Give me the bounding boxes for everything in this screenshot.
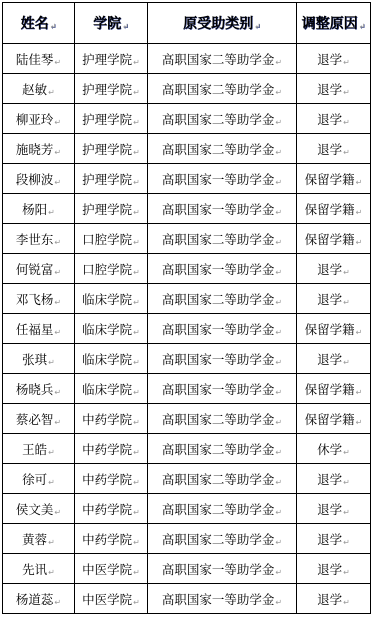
paragraph-mark-icon: ↵	[133, 148, 140, 157]
paragraph-mark-icon: ↵	[356, 388, 363, 397]
paragraph-mark-icon: ↵	[343, 268, 350, 277]
cell-college: 临床学院↵	[75, 314, 148, 344]
paragraph-mark-icon: ↵	[48, 208, 55, 217]
paragraph-mark-icon: ↵	[275, 298, 282, 307]
table-header-row: 姓名↵ 学院↵ 原受助类别↵ 调整原因↵	[3, 3, 371, 44]
cell-name: 张琪↵	[3, 344, 75, 374]
cell-reason: 保留学籍↵	[297, 374, 371, 404]
header-adjust-reason: 调整原因↵	[297, 3, 371, 44]
paragraph-mark-icon: ↵	[133, 448, 140, 457]
table-row: 段柳波↵护理学院↵高职国家一等助学金↵保留学籍↵	[3, 164, 371, 194]
paragraph-mark-icon: ↵	[48, 568, 55, 577]
paragraph-mark-icon: ↵	[133, 178, 140, 187]
cell-name: 蔡必智↵	[3, 404, 75, 434]
table-row: 施晓芳↵护理学院↵高职国家二等助学金↵退学↵	[3, 134, 371, 164]
paragraph-mark-icon: ↵	[275, 148, 282, 157]
table-row: 蔡必智↵中药学院↵高职国家二等助学金↵保留学籍↵	[3, 404, 371, 434]
cell-college: 中医学院↵	[75, 584, 148, 614]
cell-college: 护理学院↵	[75, 44, 148, 74]
table-row: 柳亚玲↵护理学院↵高职国家二等助学金↵退学↵	[3, 104, 371, 134]
paragraph-mark-icon: ↵	[275, 358, 282, 367]
paragraph-mark-icon: ↵	[275, 508, 282, 517]
cell-reason: 保留学籍↵	[297, 164, 371, 194]
table-row: 侯文美↵中药学院↵高职国家二等助学金↵退学↵	[3, 494, 371, 524]
cell-college: 临床学院↵	[75, 344, 148, 374]
paragraph-mark-icon: ↵	[54, 58, 61, 67]
cell-reason: 退学↵	[297, 464, 371, 494]
paragraph-mark-icon: ↵	[254, 21, 261, 31]
paragraph-mark-icon: ↵	[133, 88, 140, 97]
paragraph-mark-icon: ↵	[356, 238, 363, 247]
paragraph-mark-icon: ↵	[54, 388, 61, 397]
header-original-aid-type: 原受助类别↵	[148, 3, 297, 44]
cell-name: 杨道蕊↵	[3, 584, 75, 614]
paragraph-mark-icon: ↵	[275, 448, 282, 457]
paragraph-mark-icon: ↵	[133, 298, 140, 307]
paragraph-mark-icon: ↵	[343, 298, 350, 307]
paragraph-mark-icon: ↵	[133, 508, 140, 517]
cell-aid-type: 高职国家二等助学金↵	[148, 404, 297, 434]
cell-reason: 退学↵	[297, 74, 371, 104]
paragraph-mark-icon: ↵	[54, 268, 61, 277]
cell-college: 中药学院↵	[75, 524, 148, 554]
cell-aid-type: 高职国家二等助学金↵	[148, 434, 297, 464]
cell-name: 任福星↵	[3, 314, 75, 344]
paragraph-mark-icon: ↵	[343, 598, 350, 607]
table-row: 陆佳琴↵护理学院↵高职国家二等助学金↵退学↵	[3, 44, 371, 74]
cell-college: 护理学院↵	[75, 74, 148, 104]
cell-reason: 退学↵	[297, 344, 371, 374]
paragraph-mark-icon: ↵	[48, 478, 55, 487]
cell-aid-type: 高职国家二等助学金↵	[148, 494, 297, 524]
cell-reason: 退学↵	[297, 254, 371, 284]
paragraph-mark-icon: ↵	[275, 418, 282, 427]
paragraph-mark-icon: ↵	[133, 208, 140, 217]
paragraph-mark-icon: ↵	[275, 118, 282, 127]
table-row: 张琪↵临床学院↵高职国家一等助学金↵退学↵	[3, 344, 371, 374]
cell-name: 先讯↵	[3, 554, 75, 584]
paragraph-mark-icon: ↵	[133, 418, 140, 427]
cell-reason: 退学↵	[297, 284, 371, 314]
table-row: 任福星↵临床学院↵高职国家一等助学金↵保留学籍↵	[3, 314, 371, 344]
cell-college: 中药学院↵	[75, 494, 148, 524]
paragraph-mark-icon: ↵	[275, 208, 282, 217]
paragraph-mark-icon: ↵	[48, 358, 55, 367]
paragraph-mark-icon: ↵	[343, 148, 350, 157]
cell-aid-type: 高职国家二等助学金↵	[148, 284, 297, 314]
paragraph-mark-icon: ↵	[133, 328, 140, 337]
header-college: 学院↵	[75, 3, 148, 44]
cell-aid-type: 高职国家一等助学金↵	[148, 254, 297, 284]
cell-name: 邓飞杨↵	[3, 284, 75, 314]
cell-name: 施晓芳↵	[3, 134, 75, 164]
table-body: 陆佳琴↵护理学院↵高职国家二等助学金↵退学↵赵敏↵护理学院↵高职国家二等助学金↵…	[3, 44, 371, 614]
paragraph-mark-icon: ↵	[275, 328, 282, 337]
cell-name: 杨阳↵	[3, 194, 75, 224]
paragraph-mark-icon: ↵	[343, 58, 350, 67]
cell-aid-type: 高职国家二等助学金↵	[148, 44, 297, 74]
cell-name: 陆佳琴↵	[3, 44, 75, 74]
table-row: 何锐富↵口腔学院↵高职国家一等助学金↵退学↵	[3, 254, 371, 284]
cell-aid-type: 高职国家一等助学金↵	[148, 164, 297, 194]
paragraph-mark-icon: ↵	[54, 328, 61, 337]
paragraph-mark-icon: ↵	[275, 388, 282, 397]
paragraph-mark-icon: ↵	[356, 328, 363, 337]
paragraph-mark-icon: ↵	[356, 208, 363, 217]
table-row: 杨阳↵护理学院↵高职国家一等助学金↵保留学籍↵	[3, 194, 371, 224]
header-name: 姓名↵	[3, 3, 75, 44]
paragraph-mark-icon: ↵	[133, 358, 140, 367]
table-row: 赵敏↵护理学院↵高职国家二等助学金↵退学↵	[3, 74, 371, 104]
paragraph-mark-icon: ↵	[133, 118, 140, 127]
cell-name: 杨晓兵↵	[3, 374, 75, 404]
paragraph-mark-icon: ↵	[275, 88, 282, 97]
paragraph-mark-icon: ↵	[133, 268, 140, 277]
cell-reason: 保留学籍↵	[297, 194, 371, 224]
paragraph-mark-icon: ↵	[275, 178, 282, 187]
cell-aid-type: 高职国家一等助学金↵	[148, 584, 297, 614]
table-row: 邓飞杨↵临床学院↵高职国家二等助学金↵退学↵	[3, 284, 371, 314]
paragraph-mark-icon: ↵	[343, 478, 350, 487]
cell-aid-type: 高职国家二等助学金↵	[148, 134, 297, 164]
table-row: 徐可↵中药学院↵高职国家二等助学金↵退学↵	[3, 464, 371, 494]
paragraph-mark-icon: ↵	[48, 448, 55, 457]
cell-reason: 退学↵	[297, 524, 371, 554]
paragraph-mark-icon: ↵	[54, 148, 61, 157]
table-row: 王皓↵中药学院↵高职国家二等助学金↵休学↵	[3, 434, 371, 464]
paragraph-mark-icon: ↵	[343, 568, 350, 577]
cell-name: 赵敏↵	[3, 74, 75, 104]
cell-reason: 保留学籍↵	[297, 404, 371, 434]
paragraph-mark-icon: ↵	[122, 21, 129, 31]
cell-aid-type: 高职国家二等助学金↵	[148, 104, 297, 134]
cell-reason: 退学↵	[297, 584, 371, 614]
cell-college: 中医学院↵	[75, 554, 148, 584]
cell-aid-type: 高职国家二等助学金↵	[148, 464, 297, 494]
table-row: 杨道蕊↵中医学院↵高职国家一等助学金↵退学↵	[3, 584, 371, 614]
cell-aid-type: 高职国家一等助学金↵	[148, 374, 297, 404]
cell-name: 侯文美↵	[3, 494, 75, 524]
paragraph-mark-icon: ↵	[275, 268, 282, 277]
cell-name: 王皓↵	[3, 434, 75, 464]
cell-name: 徐可↵	[3, 464, 75, 494]
paragraph-mark-icon: ↵	[275, 478, 282, 487]
cell-aid-type: 高职国家二等助学金↵	[148, 524, 297, 554]
cell-reason: 退学↵	[297, 104, 371, 134]
paragraph-mark-icon: ↵	[50, 21, 57, 31]
paragraph-mark-icon: ↵	[275, 238, 282, 247]
paragraph-mark-icon: ↵	[54, 598, 61, 607]
paragraph-mark-icon: ↵	[343, 508, 350, 517]
cell-name: 段柳波↵	[3, 164, 75, 194]
paragraph-mark-icon: ↵	[275, 568, 282, 577]
cell-aid-type: 高职国家一等助学金↵	[148, 314, 297, 344]
paragraph-mark-icon: ↵	[356, 178, 363, 187]
cell-name: 黄蓉↵	[3, 524, 75, 554]
cell-college: 中药学院↵	[75, 464, 148, 494]
paragraph-mark-icon: ↵	[54, 178, 61, 187]
cell-college: 口腔学院↵	[75, 224, 148, 254]
cell-name: 李世东↵	[3, 224, 75, 254]
cell-college: 口腔学院↵	[75, 254, 148, 284]
cell-college: 护理学院↵	[75, 104, 148, 134]
paragraph-mark-icon: ↵	[275, 598, 282, 607]
cell-name: 何锐富↵	[3, 254, 75, 284]
cell-reason: 保留学籍↵	[297, 314, 371, 344]
paragraph-mark-icon: ↵	[343, 448, 350, 457]
paragraph-mark-icon: ↵	[54, 298, 61, 307]
cell-college: 护理学院↵	[75, 134, 148, 164]
paragraph-mark-icon: ↵	[356, 418, 363, 427]
cell-reason: 退学↵	[297, 44, 371, 74]
paragraph-mark-icon: ↵	[54, 118, 61, 127]
cell-college: 中药学院↵	[75, 434, 148, 464]
paragraph-mark-icon: ↵	[133, 568, 140, 577]
table-row: 黄蓉↵中药学院↵高职国家二等助学金↵退学↵	[3, 524, 371, 554]
paragraph-mark-icon: ↵	[343, 538, 350, 547]
cell-college: 护理学院↵	[75, 164, 148, 194]
cell-aid-type: 高职国家二等助学金↵	[148, 224, 297, 254]
cell-aid-type: 高职国家一等助学金↵	[148, 194, 297, 224]
cell-name: 柳亚玲↵	[3, 104, 75, 134]
table-row: 杨晓兵↵临床学院↵高职国家一等助学金↵保留学籍↵	[3, 374, 371, 404]
paragraph-mark-icon: ↵	[48, 538, 55, 547]
paragraph-mark-icon: ↵	[343, 118, 350, 127]
paragraph-mark-icon: ↵	[48, 88, 55, 97]
cell-reason: 退学↵	[297, 554, 371, 584]
cell-college: 临床学院↵	[75, 374, 148, 404]
cell-reason: 休学↵	[297, 434, 371, 464]
paragraph-mark-icon: ↵	[54, 508, 61, 517]
paragraph-mark-icon: ↵	[54, 238, 61, 247]
paragraph-mark-icon: ↵	[133, 238, 140, 247]
cell-reason: 退学↵	[297, 134, 371, 164]
scholarship-adjustment-table: 姓名↵ 学院↵ 原受助类别↵ 调整原因↵ 陆佳琴↵护理学院↵高职国家二等助学金↵…	[2, 2, 371, 614]
cell-reason: 退学↵	[297, 494, 371, 524]
cell-reason: 保留学籍↵	[297, 224, 371, 254]
paragraph-mark-icon: ↵	[133, 478, 140, 487]
paragraph-mark-icon: ↵	[133, 538, 140, 547]
paragraph-mark-icon: ↵	[275, 538, 282, 547]
paragraph-mark-icon: ↵	[133, 58, 140, 67]
cell-aid-type: 高职国家二等助学金↵	[148, 74, 297, 104]
table-row: 李世东↵口腔学院↵高职国家二等助学金↵保留学籍↵	[3, 224, 371, 254]
cell-college: 中药学院↵	[75, 404, 148, 434]
cell-aid-type: 高职国家一等助学金↵	[148, 344, 297, 374]
paragraph-mark-icon: ↵	[133, 598, 140, 607]
paragraph-mark-icon: ↵	[343, 358, 350, 367]
paragraph-mark-icon: ↵	[133, 388, 140, 397]
paragraph-mark-icon: ↵	[54, 418, 61, 427]
cell-aid-type: 高职国家一等助学金↵	[148, 554, 297, 584]
paragraph-mark-icon: ↵	[275, 58, 282, 67]
cell-college: 护理学院↵	[75, 194, 148, 224]
cell-college: 临床学院↵	[75, 284, 148, 314]
paragraph-mark-icon: ↵	[359, 21, 366, 31]
paragraph-mark-icon: ↵	[343, 88, 350, 97]
table-row: 先讯↵中医学院↵高职国家一等助学金↵退学↵	[3, 554, 371, 584]
